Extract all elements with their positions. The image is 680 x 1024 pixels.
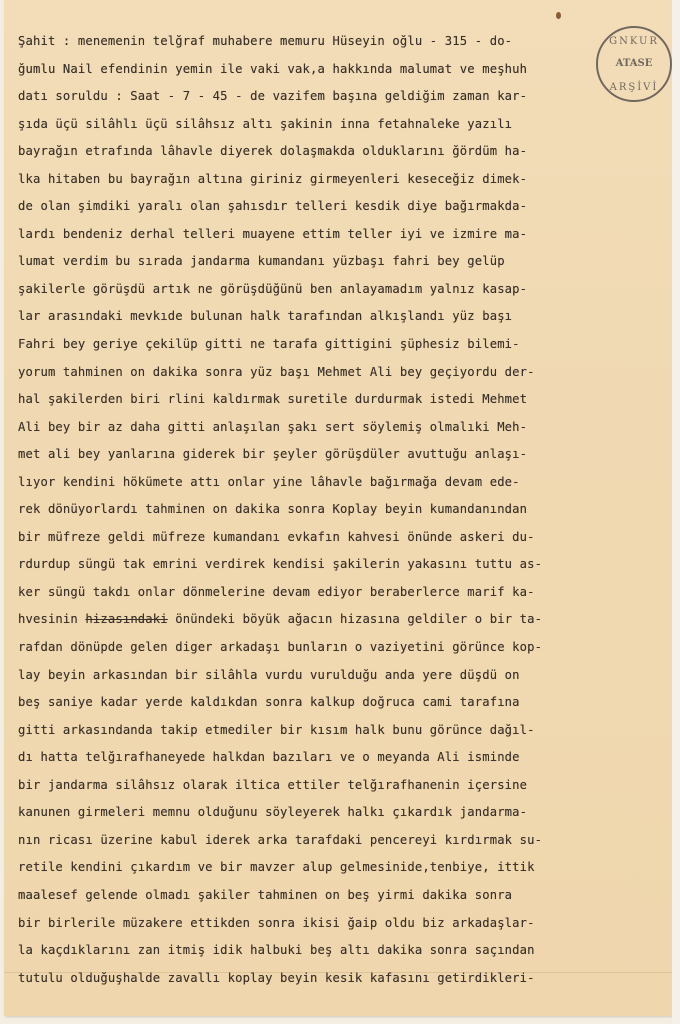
page-edge <box>672 0 680 1024</box>
text-line: rdurdup süngü tak emrini verdirek kendis… <box>18 551 598 579</box>
text-line: beş saniye kadar yerde kaldıkdan sonra k… <box>18 689 598 717</box>
text-line: rek dönüyorlardı tahminen on dakika sonr… <box>18 496 598 524</box>
text-line: ker süngü takdı onlar dönmelerine devam … <box>18 579 598 607</box>
punch-mark <box>556 12 561 19</box>
text-line: hal şakilerden biri rlini kaldırmak sure… <box>18 386 598 414</box>
text-line: lar arasındaki mevkıde bulunan halk tara… <box>18 303 598 331</box>
text-line: datı soruldu : Saat - 7 - 45 - de vazife… <box>18 83 598 111</box>
text-line: şakilerle görüşdü artık ne görüşdüğünü b… <box>18 276 598 304</box>
text-line: nın ricası üzerine kabul iderek arka tar… <box>18 827 598 855</box>
text-line: ğumlu Nail efendinin yemin ile vaki vak,… <box>18 56 598 84</box>
line-segment: önündeki böyük ağacın hizasına geldiler … <box>168 612 542 626</box>
text-line: yorum tahminen on dakika sonra yüz başı … <box>18 359 598 387</box>
text-line: gitti arkasındanda takip etmediler bir k… <box>18 717 598 745</box>
testimony-text: Şahit : menemenin telğraf muhabere memur… <box>18 28 598 992</box>
text-line: lka hitaben bu bayrağın altına giriniz g… <box>18 166 598 194</box>
text-line: bir jandarma silâhsız olarak iltica etti… <box>18 772 598 800</box>
text-line: maalesef gelende olmadı şakiler tahminen… <box>18 882 598 910</box>
text-line: Fahri bey geriye çekilüp gitti ne tarafa… <box>18 331 598 359</box>
text-line: hvesinin hizasındaki önündeki böyük ağac… <box>18 606 598 634</box>
stamp-top-text: GNKUR <box>598 36 670 47</box>
text-line: dı hatta telğırafhaneyede halkdan bazıla… <box>18 744 598 772</box>
text-line: şıda üçü silâhlı üçü silâhsız altı şakin… <box>18 111 598 139</box>
archive-stamp: GNKUR ATASE ARŞİVİ <box>596 26 672 102</box>
text-line: kanunen girmeleri memnu olduğunu söyleye… <box>18 799 598 827</box>
text-line: bir müfreze geldi müfreze kumandanı evka… <box>18 524 598 552</box>
text-line: bir birlerile müzakere ettikden sonra ik… <box>18 910 598 938</box>
stamp-bottom-text: ARŞİVİ <box>598 82 670 93</box>
text-line: lumat verdim bu sırada jandarma kumandan… <box>18 248 598 276</box>
text-line: lardı bendeniz derhal telleri muayene et… <box>18 221 598 249</box>
text-line: lay beyin arkasından bir silâhla vurdu v… <box>18 662 598 690</box>
text-line: rafdan dönüpde gelen diger arkadaşı bunl… <box>18 634 598 662</box>
text-line: retile kendini çıkardım ve bir mavzer al… <box>18 854 598 882</box>
line-segment: hvesinin <box>18 612 85 626</box>
text-line: Şahit : menemenin telğraf muhabere memur… <box>18 28 598 56</box>
text-line: lıyor kendini hökümete attı onlar yine l… <box>18 469 598 497</box>
text-line: de olan şimdiki yaralı olan şahısdır tel… <box>18 193 598 221</box>
text-line: bayrağın etrafında lâhavle diyerek dolaş… <box>18 138 598 166</box>
text-line: met ali bey yanlarına giderek bir şeyler… <box>18 441 598 469</box>
text-line: tutulu olduğuşhalde zavallı koplay beyin… <box>18 965 598 993</box>
stamp-middle-text: ATASE <box>598 58 670 69</box>
struck-out-word: hizasındaki <box>85 612 167 626</box>
text-line: Ali bey bir az daha gitti anlaşılan şakı… <box>18 414 598 442</box>
text-line: la kaçdıklarını zan itmiş idik halbuki b… <box>18 937 598 965</box>
